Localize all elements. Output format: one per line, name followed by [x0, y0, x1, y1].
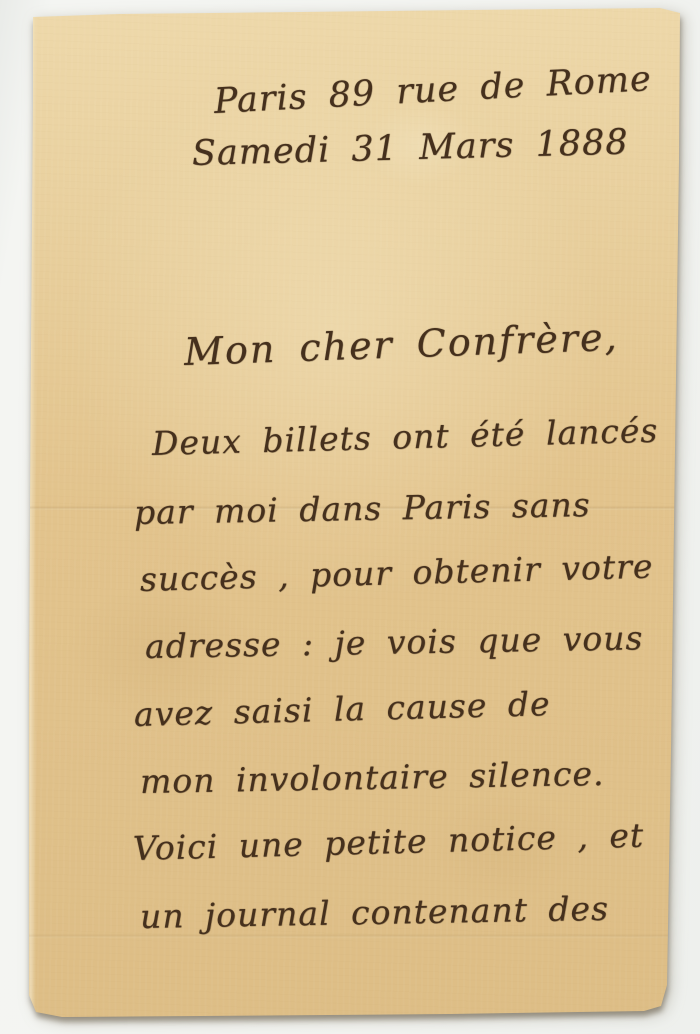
letter-body-line: un journal contenant des [140, 889, 610, 936]
photo-background: Paris 89 rue de Rome Samedi 31 Mars 1888… [0, 0, 700, 1034]
letter-salutation: Mon cher Confrère, [183, 315, 619, 374]
letter-paper: Paris 89 rue de Rome Samedi 31 Mars 1888… [0, 0, 700, 1034]
letter-body-line: Deux billets ont été lancés [151, 411, 658, 463]
letter-date-line: Samedi 31 Mars 1888 [191, 123, 629, 174]
letter-paper-shadow: Paris 89 rue de Rome Samedi 31 Mars 1888… [0, 0, 700, 1034]
paper-crease [29, 934, 678, 938]
paper-edge-highlight [29, 16, 36, 1018]
letter-body-line: adresse : je vois que vous [145, 618, 644, 666]
letter-address-line: Paris 89 rue de Rome [213, 59, 653, 122]
letter-body-line: succès , pour obtenir votre [139, 547, 653, 599]
letter-body-line: par moi dans Paris sans [134, 485, 591, 532]
letter-body-line: avez saisi la cause de [133, 684, 550, 734]
letter-body-line: mon involontaire silence. [140, 754, 605, 801]
letter-body-line: Voici une petite notice , et [132, 816, 644, 868]
